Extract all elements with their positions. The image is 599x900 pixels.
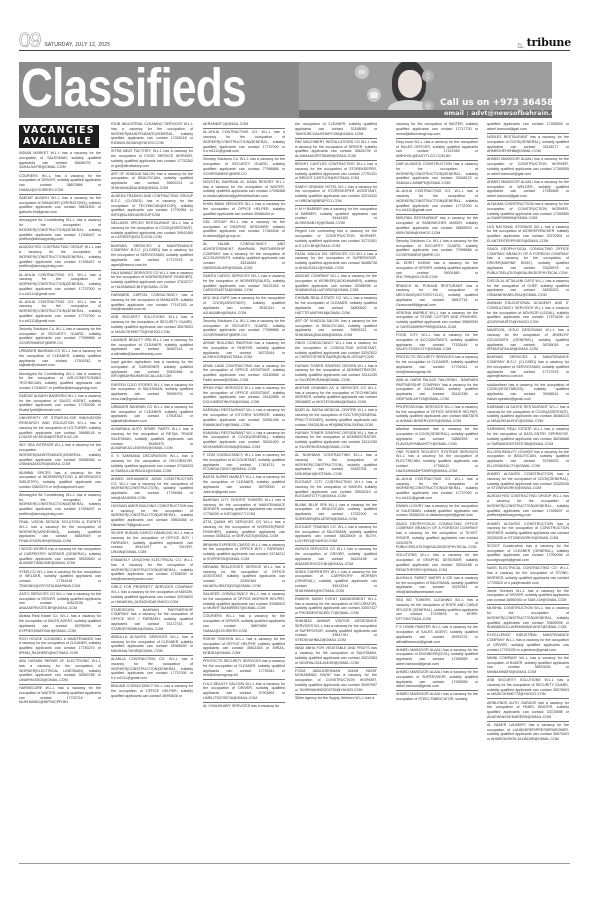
mail-icon: ✉	[355, 65, 369, 79]
classified-ad: alfadhar restaurant has a vacancy for th…	[396, 425, 478, 447]
classified-ad: AL-AHLIA CONTRACTING CO. W.L.L has a vac…	[19, 298, 101, 325]
classified-ad: STEELCO W.L.L has a vacancy for the occu…	[19, 567, 101, 589]
classified-ad: ULD NATIONAL STORAGE W.L.L has a vacancy…	[487, 222, 569, 244]
classified-ad: NEHAWA REALESTATE SERVICE W.L.L has a va…	[203, 563, 285, 590]
classified-ad: PROTECTS SECURITY SERVICES has a vacancy…	[396, 353, 478, 375]
classified-ad: SANDY GRANDE HOTEL W.L.L has a vacancy f…	[295, 182, 377, 204]
classified-ad: ONUS CONSULTANCY W.L.L has a vacancy for…	[295, 339, 377, 361]
vacancies-header: VACANCIES AVAILABLE	[19, 125, 99, 148]
classified-ad: FAZAL MAULA 531 SERVICES CO W.L.L has a …	[295, 250, 377, 272]
top-divider	[19, 50, 570, 51]
classified-ad: Easy book W.L.L has a vacancy for the oc…	[396, 138, 478, 160]
classified-ad: Almoayyed Air Conditioning W.L.L has a v…	[19, 491, 101, 518]
banner-title: Classifieds	[21, 62, 246, 118]
classified-ad: ARNAF BUILDING PAINTING has a vacancy fo…	[203, 339, 285, 361]
classified-ad: ABU HASHIM REPAIR OF ELECTRONIC W.L.L ha…	[19, 657, 101, 684]
classified-ad: AHMED MANSOOR ALAALI has a vacancy for t…	[396, 646, 478, 668]
classified-ad: HURAIN TOWER GRAPHIC DESIGN W.L.L has a …	[295, 361, 377, 383]
classified-ad: H.A.Z BEAUTY SALOON W.L.L has a vacancy …	[203, 679, 285, 701]
classified-ad: RAFEEN COLD STORES W.L.L has a vacancy f…	[111, 380, 193, 402]
classified-ad: PROFESSIONAL SERVICES W.L.L has a vacanc…	[396, 403, 478, 425]
classified-ad: BRANCH AL PUNJAB RESTURANT has a vacancy…	[396, 281, 478, 308]
classified-ad: SKY SEA INTERIOR W.L.L has a vacancy for…	[19, 441, 101, 468]
classified-ad: ALMEDA TRADING AND CONTRACTING GROUP B.S…	[111, 192, 193, 219]
classified-ad: BRIGHT CASTLES CONTRACTING W.L.L has a v…	[295, 160, 377, 182]
ad-column-5: vacancy for the occupation of WAITER, su…	[396, 121, 478, 862]
classified-ad: qualified applicants can contact 1726555…	[487, 121, 569, 133]
classified-ad: SAMITA CARGO SERVICES W.L.L has a vacanc…	[203, 272, 285, 294]
classified-ad: ABUZAR COMPANY W.L.L has a vacancy for t…	[295, 272, 377, 294]
classified-ad: ONE POWER SECURITY SYSTEMS SERVICES W.L.…	[396, 448, 478, 475]
classified-ad: ART OF KHADIJA SALON. has a vacancy for …	[295, 317, 377, 339]
classified-ad: BAHRAIN SERVICES & MAINTENANCE COMPANY B…	[487, 353, 569, 380]
classified-ad: AHMED MOHAMMED JASIM CONSTRUCTION CO. W.…	[111, 475, 193, 502]
masthead: 09 SATURDAY, JULY 12, 2025	[19, 30, 271, 50]
phone-icon: ☎	[367, 88, 381, 102]
classified-ad: Security Solutions Co. W.L.L has a vacan…	[203, 317, 285, 339]
classified-ad: AHMED MANSOOR ALAALI has a vacancy for t…	[396, 690, 478, 703]
classified-ad: KHAN BABA SERVICES W.L.L has a vacancy f…	[203, 200, 285, 218]
classified-ad: vacancy for the occupation of WAITER, su…	[396, 121, 478, 138]
vacancies-line2: AVAILABLE	[23, 137, 95, 148]
ad-column-6: qualified applicants can contact 1726555…	[487, 121, 569, 862]
classified-ad: AL HADER LAUNDRY has a vacancy for the o…	[487, 721, 569, 743]
classified-ad: SILVER HURAIN CARGO HANDLING W.L.L has a…	[111, 529, 193, 556]
classified-ad: GDL GROUP W.L.L has a vacancy for the oc…	[203, 218, 285, 240]
classified-ad: SCOOT Construction has a vacancy for the…	[487, 542, 569, 564]
page-number: 09	[19, 32, 40, 50]
classified-ad: MUGHAL CONSTRUCTION W.L.L has a vacancy …	[487, 604, 569, 631]
classified-ad: MINNI COMPANY W.L.L has a vacancy for th…	[487, 654, 569, 676]
classified-ad: BASTA SUPER MARKET W.L.L has a vacancy f…	[203, 473, 285, 495]
brand-prefix: the daily	[518, 43, 526, 49]
classified-ad: GIRLS FOR PROPERTY SERVICES COMPANY W.L.…	[111, 583, 193, 605]
classified-ad: ART OF KHADIJA SALON. has a vacancy for …	[111, 170, 193, 192]
classified-ad: SHAHBAZ ANWAR VISITOR ASSISTANCE SERVICE…	[295, 617, 377, 644]
classified-ad: RAWISH MASIH EVENT MANAGEMENT W.L.L has …	[295, 595, 377, 617]
classifieds-banner: Classifieds ✉ ☎ ▯ ◎ Call us on +973 3645…	[19, 62, 552, 118]
classified-ad: AKRAMMIT1@GMAIL.COM	[203, 121, 285, 128]
classified-ad: MUMBAI SPICES has a vacancy for the occu…	[19, 468, 101, 490]
classified-ad: KARAMAH ALSAYED RESTAURANT W.L.L has a v…	[487, 403, 569, 425]
ad-column-1: INDIAN MARKET W.L.L has a vacancy for th…	[19, 150, 101, 862]
classified-ad: BLANK BLUE SPA W.L.L has a vacancy for t…	[295, 500, 377, 522]
classified-ad: COURIERX W.L.L has a vacancy for the occ…	[19, 171, 101, 193]
classified-ad: VERONA MARBLE W.L.L has a vacancy for th…	[396, 309, 478, 331]
classified-ad: ALMOAYYED CONTRACTING GROUP W.L.L has a …	[487, 492, 569, 519]
classified-ad: ZAITO SERVICES CO W.L.L has a vacancy fo…	[19, 590, 101, 612]
classified-ad: AL-AHLIA CONTRACTING CO. W.L.L has a vac…	[396, 187, 478, 214]
classified-ad: PROTECTS SECURITY SERVICES has a vacancy…	[203, 657, 285, 679]
mobile-icon: ▯	[422, 70, 434, 82]
classified-ad: AL HAJAB CONSULTANCY AND ADVERTISEMENT B…	[203, 240, 285, 272]
classified-ad: DIWAN LUXURY has a vacancy for the occup…	[396, 502, 478, 520]
classified-ad: RSJB INDUSTRIAL CLEANING SERVICES W.L.L …	[111, 121, 193, 147]
classified-ad: ATTA QASIM HR SERVICES CO W.L.L has a va…	[203, 518, 285, 540]
classified-ad: LAVANDE BEAUTY SPA W.L.L has a vacancy f…	[111, 336, 193, 358]
classified-ad: ALBARAKA AUTO SPARE PARTS W.L.L has a va…	[111, 425, 193, 452]
classified-ad: SALHEER CONSULTANCY W.L.L has a vacancy …	[203, 590, 285, 612]
vacancies-line1: VACANCIES	[23, 126, 95, 137]
classified-ad: SITRA MEAT FACTORY. W.L.L has a vacancy …	[111, 147, 193, 169]
classified-ad: STARDESIGN BAHRAIN PARTNERSHIP COMPANY h…	[111, 606, 193, 633]
classified-ad: URBASER BAHRAIN CO W.L.L has a vacancy f…	[111, 403, 193, 425]
classified-ad: RIGHSI FASHION W.L.L has a vacancy for t…	[203, 635, 285, 657]
classified-ad: H M H BARBER has a vacancy for the occup…	[295, 205, 377, 227]
classified-ad: NOBLES RESTAURANT has a vacancy for the …	[487, 133, 569, 155]
bottom-divider	[19, 863, 570, 864]
classified-ad: Alrafaa Real Estate Co. W.L.L has a vaca…	[19, 612, 101, 634]
classified-ad: IRFAN RIAZ SERVICES W.L.L has a vacancy …	[203, 384, 285, 406]
classified-ad: ABDULLA ALSAYED SERVICES W.L.L has a vac…	[111, 633, 193, 655]
classified-ad: Almoayyed Air Conditioning W.L.L has a v…	[19, 369, 101, 391]
classified-ad: BAHRAIN SERVICES & MAINTENANCE COMPANY B…	[111, 241, 193, 268]
classified-ad: HARWARD CAPITAL CONSULTANCY has a vacanc…	[111, 291, 193, 313]
classified-ad: AHMED ALSAYED CONSTRUCTION has a vacancy…	[487, 470, 569, 492]
classified-ad: AVENTA SERVICES CO W.L.L has a vacancy f…	[295, 545, 377, 567]
classified-ad: Regent Lee contracting has a vacancy for…	[295, 227, 377, 249]
classified-ad: F COM CONSULTANCY W.L.L has a vacancy fo…	[203, 451, 285, 473]
classified-ad: HAJI NAWAZ SERVICES CO W.L.L has a vacan…	[111, 269, 193, 291]
classified-ad: COURIERX W.L.L has a vacancy for the occ…	[203, 612, 285, 634]
page-date: SATURDAY, JULY 12, 2025	[44, 42, 110, 48]
classified-ad: HURAIN TOWER GRAPHIC DESIGN W.L.L has a …	[295, 429, 377, 451]
classified-ad: F K HOME PAINTER W.L.L has a vacancy for…	[396, 623, 478, 645]
ad-column-2: RSJB INDUSTRIAL CLEANING SERVICES W.L.L …	[111, 121, 193, 862]
classified-ad: AHMED MANSOOR ALAALI has a vacancy for t…	[487, 155, 569, 177]
classified-ad: I WOOD WORKS has a vacancy for the occup…	[19, 545, 101, 567]
classified-ad: NOVOTEL BAHRAIN AL DANA RESORT W.L.L has…	[203, 178, 285, 200]
classified-ad: Security Solutions Co. W.L.L has a vacan…	[19, 325, 101, 347]
classified-ad: ARAB LAND CONTRACTING has a vacancy for …	[203, 361, 285, 383]
classified-ad: AL NOKHBAH CONTRACTING W.L.L has a vacan…	[295, 451, 377, 478]
brand-logo: the daily tribune	[518, 36, 571, 49]
classified-ad: URBASER BAHRAIN CO W.L.L has a vacancy f…	[19, 347, 101, 369]
classified-ad: DISCOLAL ATTALIANI CAFE W.L.L has a vaca…	[487, 277, 569, 299]
classified-ad: SAUDI GEOPHYSICAL CONSULTING OFFICE COMP…	[396, 519, 478, 551]
classified-ad: NELLAINS SPICES RESTAURANT W.L.L has a v…	[111, 219, 193, 241]
classified-ad: ELLORA BEAUTY LOUNGE has a vacancy for t…	[487, 448, 569, 470]
classified-ad: PAK MACHINERY INSTALLATIONS CO W.L.L has…	[295, 138, 377, 160]
classified-ad: ALMOAYYED CONTRACTING GROUP W.L.L has a …	[19, 243, 101, 270]
classified-ad: KANAVALI RESTAURANT W.L.L has a vacancy …	[203, 429, 285, 451]
classified-ad: FOOD CITY W.L.L has a vacancy for the oc…	[396, 331, 478, 353]
ad-column-4: the occupation of CLEANER, suitably qual…	[295, 121, 377, 862]
classified-ad: AL EDRIT KARAK has a vacancy for the occ…	[396, 259, 478, 281]
classified-ad: RICH HOUSE CLEANING & MAINTENANCE has a …	[19, 635, 101, 657]
classified-ad: INDIAN MARKET W.L.L has a vacancy for th…	[19, 150, 101, 171]
classified-ad: CHOMBI REAL ESTATE CO. W.L.L has a vacan…	[295, 294, 377, 316]
classified-ad: ASB SECURITY SOLUTIONS W.L.L has a vacan…	[111, 313, 193, 335]
classified-ad: ASB SECURITY SOLUTIONS W.L.L has a vacan…	[487, 676, 569, 698]
classified-ad: FINAL VISION DESIGN SOLUTION & EVENTS W.…	[19, 518, 101, 545]
classified-ad: ELEGANT TRADING CO. W.L.L has a vacancy …	[295, 523, 377, 545]
classified-ad: S S SAMSAMA DECORATION W.L.L has a vacan…	[111, 452, 193, 474]
classified-ad: AL-AHLIA CONTRACTING CO. W.L.L has a vac…	[19, 270, 101, 297]
classified-ad: SAUDI GEOPHYSICAL CONSULTING OFFICE COMP…	[487, 245, 569, 277]
classified-ad: IBRAHIM EXPRESS CARGO W.L.L has a vacanc…	[203, 540, 285, 562]
classified-ad: ESMAEELY LENZOHM ELECTRICAL CO. W.L.L ha…	[111, 556, 193, 583]
classified-ad: SOLUTIONS W.L.L has a vacancy for the oc…	[396, 551, 478, 573]
classified-ad: ALNAJMA CONSTRUCTION has a vacancy for t…	[487, 200, 569, 222]
classified-ad: sdoAwdheer has a vacancy for the occupat…	[487, 380, 569, 402]
classified-ad: ABN AL HARIS PALACE TAILORING - BAHRAINI…	[396, 376, 478, 403]
ad-column-3: AKRAMMIT1@GMAIL.COMAL-AHLIA CONTRACTING …	[203, 121, 285, 862]
classified-ad: SEA SID TOWERS CLEANING W.L.L has a vaca…	[396, 596, 478, 623]
classified-ad: AHMED MANSOOR ALAALI has a vacancy for t…	[396, 668, 478, 690]
classified-ad: AL CHAUDHARY SERVICES has a vacancy for	[203, 702, 285, 710]
classified-ad: Almoayyed Air Conditioning W.L.L has a v…	[19, 216, 101, 243]
classified-ad: AIRBLENDS AUTO GARAGE has a vacancy for …	[487, 698, 569, 720]
classified-ad: WADI ABHA FOR VEGETABLE AND FRUITS has a…	[295, 644, 377, 666]
classified-ad: AHMED MANSOOR ALAALI has a vacancy for t…	[487, 178, 569, 200]
classified-ad: EXCELLENCE INDUSTRIAL MAINTENANCE COMPAN…	[487, 631, 569, 653]
classified-ad: FOZIA ABDULREHMAN UMAR HAYAT MOHAMMAD HA…	[295, 667, 377, 694]
classified-ad: the occupation of CLEANER, suitably qual…	[295, 121, 377, 138]
call-us-text: Call us on +973 36458394	[440, 98, 552, 108]
classified-ad: HARMECORE W.L.L has a vacancy for the oc…	[19, 684, 101, 706]
classified-ad: ELEGANT CITY CONTRACTING W.L.L has a vac…	[295, 478, 377, 500]
classified-ad: AKHTAR GHANNIS AC & SERVICES CO W.L.L ha…	[295, 384, 377, 406]
classified-ad: Security Solutions Co. W.L.L has a vacan…	[203, 155, 285, 177]
classified-ad: SAEDAT ALBAYH W.L.L has a vacancy for th…	[19, 194, 101, 216]
classified-ad: AKU UKA CAFE has a vacancy for the occup…	[203, 294, 285, 316]
classified-ad: MAGROOL GOLD DESIGNING W.L.L has a vacan…	[487, 326, 569, 353]
classified-ad: AL-AHLIA CONTRACTING CO. W.L.L has a vac…	[203, 128, 285, 155]
classified-ad: ALKHALIL SWEET WATER & ICE has a vacancy…	[396, 574, 478, 596]
classified-ad: HUSSAIN AMER BUILDING CONSTRUCTION has a…	[111, 502, 193, 529]
classified-ad: hope garden agriculture has a vacancy fo…	[111, 358, 193, 380]
classified-ad: NASS ELECTRICAL CONTRACTING CO. W.L.L ha…	[487, 564, 569, 586]
classified-ad: BAHRAIN CITY CENTER TOWERS W.L.L has a v…	[203, 496, 285, 518]
classified-ad: Security Solutions Co. W.L.L has a vacan…	[396, 237, 478, 259]
classified-ad: KARAVALI RESTAURANT W.L.L has a vacancy …	[203, 406, 285, 428]
classified-ad: DAR ALSAYED CONSTRUCTION has a vacancy f…	[396, 160, 478, 187]
classified-ad: BADR AL SAFAA MEDICAL CENTRE W.L.L has a…	[295, 406, 377, 428]
classified-ad: SARWANG REAL ESTATE W.L.L has a vacancy …	[487, 425, 569, 447]
classified-ad: AHMED ALSAYED CONSTRUCTION has a vacancy…	[487, 519, 569, 541]
classified-ad: MISHTAN RESTAURANT has a vacancy for the…	[396, 214, 478, 236]
classified-ad: AL-AHLIA CONTRACTING CO. W.L.L has a vac…	[396, 475, 478, 502]
classified-ad: Jamie Services W.L.L has a vacancy for t…	[487, 587, 569, 605]
classified-ad: SHAHI CARPENTRY W.L.L has a vacancy for …	[295, 568, 377, 595]
classified-ad: BINLAMI CONSULTANCY W.L.L has a vacancy …	[111, 682, 193, 700]
email-text[interactable]: email : advt@newsofbahrain.com	[444, 109, 552, 117]
classified-ad: AVANAM EDUCATIONAL ACADEMY AND IT CONSUL…	[487, 299, 569, 326]
classified-ad: Stiller Agency for the Supply Workers W.…	[295, 694, 377, 702]
classified-ad: UNIVERSITY OF STRATHCLYDE INNOVATION RES…	[19, 414, 101, 441]
brand-name: tribune	[527, 36, 571, 49]
classified-ad: ALAHLIA CONTRACTING CO. W.L.L has a vaca…	[111, 655, 193, 682]
classified-ad: SAEDAT ALBAYH BAKERIES W.L.L has a vacan…	[19, 392, 101, 414]
